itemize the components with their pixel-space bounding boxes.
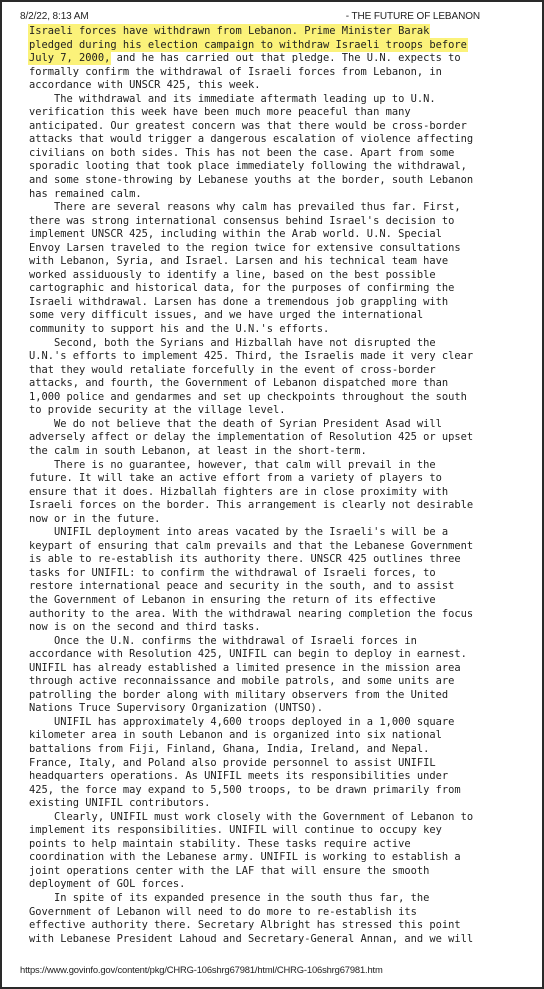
text-line: keypart of ensuring that calm prevails a… <box>29 540 529 554</box>
text-line: UNIFIL has already established a limited… <box>29 662 529 676</box>
text-line: anticipated. Our greatest concern was th… <box>29 120 529 134</box>
text-line: Israeli withdrawal. Larsen has done a tr… <box>29 296 529 310</box>
text-line: ensure that it does. Hizballah fighters … <box>29 486 529 500</box>
text-line: 1,000 police and gendarmes and set up ch… <box>29 391 529 405</box>
document-body: Israeli forces have withdrawn from Leban… <box>29 25 529 946</box>
text-line: Envoy Larsen traveled to the region twic… <box>29 242 529 256</box>
text-line: with Lebanon, Syria, and Israel. Larsen … <box>29 255 529 269</box>
text-line: UNIFIL has approximately 4,600 troops de… <box>29 716 529 730</box>
text-line: the Government of Lebanon in ensuring th… <box>29 594 529 608</box>
text-line: effective authority there. Secretary Alb… <box>29 919 529 933</box>
text-line: community to support his and the U.N.'s … <box>29 323 529 337</box>
text-line: kilometer area in south Lebanon and is o… <box>29 729 529 743</box>
text-line: accordance with Resolution 425, UNIFIL c… <box>29 648 529 662</box>
text-line: points to help maintain stability. These… <box>29 838 529 852</box>
text-line: implement UNSCR 425, including within th… <box>29 228 529 242</box>
text-line: worked assiduously to identify a line, b… <box>29 269 529 283</box>
text-line: the calm in south Lebanon, at least in t… <box>29 445 529 459</box>
highlighted-text: Israeli forces have withdrawn from Leban… <box>29 25 429 37</box>
text-line: There is no guarantee, however, that cal… <box>29 459 529 473</box>
text-line: cartographic and historical data, for th… <box>29 282 529 296</box>
text-line: 425, the force may expand to 5,500 troop… <box>29 784 529 798</box>
text-line: There are several reasons why calm has p… <box>29 201 529 215</box>
document-page: 8/2/22, 8:13 AM - THE FUTURE OF LEBANON … <box>2 2 542 987</box>
text-line: In spite of its expanded presence in the… <box>29 892 529 906</box>
text-line: Second, both the Syrians and Hizballah h… <box>29 337 529 351</box>
text-line: Clearly, UNIFIL must work closely with t… <box>29 811 529 825</box>
text-line: civilians on both sides. This has not be… <box>29 147 529 161</box>
text-line: with Lebanese President Lahoud and Secre… <box>29 933 529 947</box>
text-line: and some stone-throwing by Lebanese yout… <box>29 174 529 188</box>
text-line: deployment of GOL forces. <box>29 878 529 892</box>
text-line: implement its responsibilities. UNIFIL w… <box>29 824 529 838</box>
text-line: headquarters operations. As UNIFIL meets… <box>29 770 529 784</box>
text-line: battalions from Fiji, Finland, Ghana, In… <box>29 743 529 757</box>
text-line: now or in the future. <box>29 513 529 527</box>
text-line: patrolling the border along with militar… <box>29 689 529 703</box>
text-line: Israeli forces on the border. This arran… <box>29 499 529 513</box>
text-line: Nations Truce Supervisory Organization (… <box>29 702 529 716</box>
text-line: adversely affect or delay the implementa… <box>29 431 529 445</box>
text-line: U.N.'s efforts to implement 425. Third, … <box>29 350 529 364</box>
text-line: pledged during his election campaign to … <box>29 39 529 53</box>
text-line: restore international peace and security… <box>29 580 529 594</box>
document-title: - THE FUTURE OF LEBANON <box>346 11 480 22</box>
text-line: future. It will take an active effort fr… <box>29 472 529 486</box>
text-line: Once the U.N. confirms the withdrawal of… <box>29 635 529 649</box>
print-timestamp: 8/2/22, 8:13 AM <box>20 11 89 22</box>
text-line: The withdrawal and its immediate afterma… <box>29 93 529 107</box>
text-line: coordination with the Lebanese army. UNI… <box>29 851 529 865</box>
text-line: that they would retaliate forcefully in … <box>29 364 529 378</box>
text-line: existing UNIFIL contributors. <box>29 797 529 811</box>
text-line: Israeli forces have withdrawn from Leban… <box>29 25 529 39</box>
text-line: accordance with UNSCR 425, this week. <box>29 79 529 93</box>
text-line: sporadic looting that took place immedia… <box>29 160 529 174</box>
highlighted-text: pledged during his election campaign to … <box>29 39 467 51</box>
text-line: there was strong international consensus… <box>29 215 529 229</box>
text-line: Government of Lebanon will need to do mo… <box>29 906 529 920</box>
text-line: verification this week have been much mo… <box>29 106 529 120</box>
text-line: to provide security at the village level… <box>29 404 529 418</box>
text-line: now is on the second and third tasks. <box>29 621 529 635</box>
text-line: has remained calm. <box>29 188 529 202</box>
text-line: We do not believe that the death of Syri… <box>29 418 529 432</box>
text-line: authority to the area. With the withdraw… <box>29 608 529 622</box>
text-line: France, Italy, and Poland also provide p… <box>29 757 529 771</box>
text-line: UNIFIL deployment into areas vacated by … <box>29 526 529 540</box>
text-line: attacks, and fourth, the Government of L… <box>29 377 529 391</box>
highlighted-text: July 7, 2000, <box>29 52 110 64</box>
text-line: attacks that would trigger a dangerous e… <box>29 133 529 147</box>
text-line: is able to re-establish its authority th… <box>29 553 529 567</box>
text-line: formally confirm the withdrawal of Israe… <box>29 66 529 80</box>
text-line: tasks for UNIFIL: to confirm the withdra… <box>29 567 529 581</box>
text-line: through active reconnaissance and mobile… <box>29 675 529 689</box>
text-line: some very difficult issues, and we have … <box>29 309 529 323</box>
text-line: joint operations center with the LAF tha… <box>29 865 529 879</box>
text-line: July 7, 2000, and he has carried out tha… <box>29 52 529 66</box>
source-url: https://www.govinfo.gov/content/pkg/CHRG… <box>20 964 383 975</box>
